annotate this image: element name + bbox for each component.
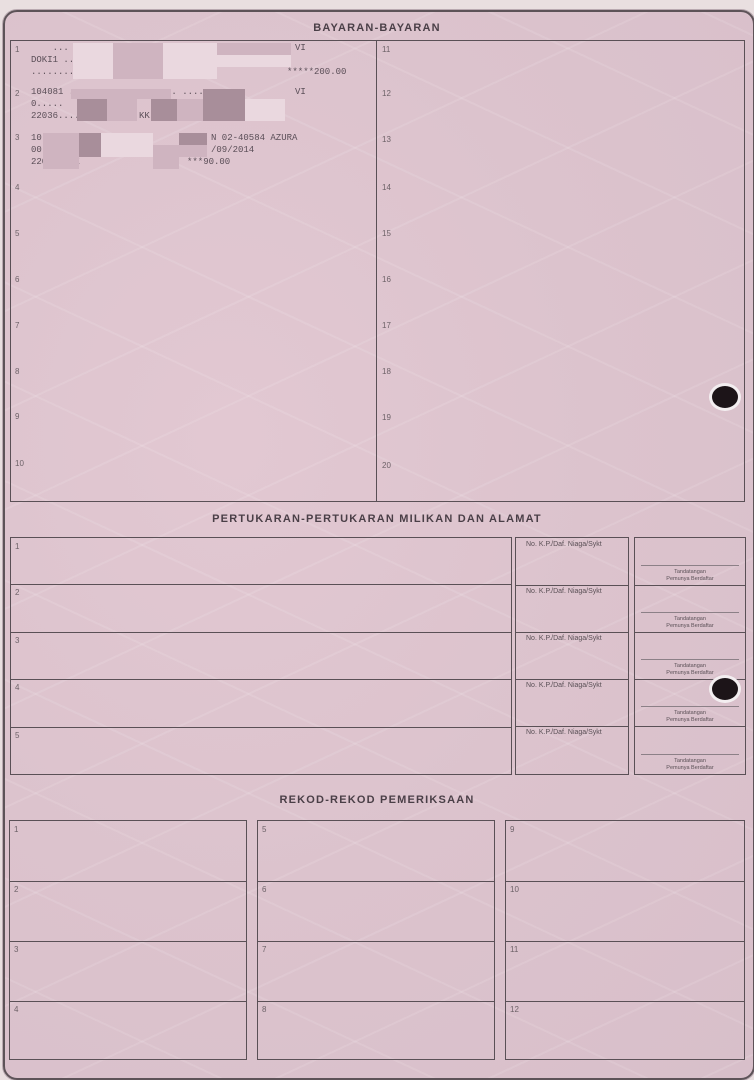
- id-field-2[interactable]: No. K.P./Daf. Niaga/Sykt: [516, 585, 628, 633]
- payment-entry-2-line-2: 0.....: [31, 99, 63, 110]
- row-divider: [11, 679, 511, 680]
- id-field-5[interactable]: No. K.P./Daf. Niaga/Sykt: [516, 726, 628, 774]
- inspection-slot-number: 5: [262, 825, 266, 834]
- signature-line: [641, 706, 739, 707]
- signature-label: Pemunya Berdaftar: [635, 765, 745, 772]
- redaction-block: [79, 133, 101, 157]
- signature-line: [641, 659, 739, 660]
- payments-title: BAYARAN-BAYARAN: [3, 22, 751, 34]
- payment-entry-3-reference: N 02-40584 AZURA: [211, 133, 297, 144]
- payment-entry-1-suffix: VI: [295, 43, 306, 54]
- signature-label: Pemunya Berdaftar: [635, 670, 745, 677]
- inspection-slot-number: 6: [262, 885, 266, 894]
- punch-hole: [712, 386, 738, 408]
- redaction-block: [179, 133, 207, 145]
- payment-slot-number: 10: [15, 459, 24, 468]
- redaction-block: [71, 89, 171, 99]
- row-divider: [11, 727, 511, 728]
- payment-entry-3-line-2: 00: [31, 145, 42, 156]
- signature-column: Tandatangan Pemunya Berdaftar Tandatanga…: [634, 537, 746, 775]
- row-divider: [506, 1001, 744, 1002]
- redaction-block: [153, 145, 179, 169]
- row-divider: [11, 584, 511, 585]
- id-field-label: No. K.P./Daf. Niaga/Sykt: [526, 541, 602, 548]
- id-field-label: No. K.P./Daf. Niaga/Sykt: [526, 682, 602, 689]
- payment-slot-number: 13: [382, 135, 391, 144]
- row-divider: [10, 881, 246, 882]
- payment-slot-number: 6: [15, 275, 19, 284]
- payment-slot-number: 11: [382, 45, 390, 54]
- inspection-slot-number: 12: [510, 1005, 519, 1014]
- inspection-slot-number: 10: [510, 885, 519, 894]
- signature-field-1[interactable]: Tandatangan Pemunya Berdaftar: [635, 538, 745, 586]
- payment-slot-number: 20: [382, 461, 391, 470]
- redaction-block: [179, 145, 207, 157]
- redaction-block: [107, 99, 137, 121]
- ownership-row-number: 5: [15, 731, 19, 740]
- payment-slot-number: 19: [382, 413, 391, 422]
- inspection-slot-number: 3: [14, 945, 18, 954]
- payment-slot-number: 8: [15, 367, 19, 376]
- payment-slot-number: 2: [15, 89, 19, 98]
- id-field-label: No. K.P./Daf. Niaga/Sykt: [526, 729, 602, 736]
- signature-field-5[interactable]: Tandatangan Pemunya Berdaftar: [635, 726, 745, 774]
- payment-entry-3-amount: ***90.00: [187, 157, 230, 168]
- id-field-1[interactable]: No. K.P./Daf. Niaga/Sykt: [516, 538, 628, 586]
- inspection-column-2: 5 6 7 8: [257, 820, 495, 1060]
- ownership-row-number: 2: [15, 588, 19, 597]
- payment-entry-3-line-1: 10: [31, 133, 42, 144]
- payment-slot-number: 14: [382, 183, 391, 192]
- id-field-3[interactable]: No. K.P./Daf. Niaga/Sykt: [516, 632, 628, 680]
- row-divider: [506, 941, 744, 942]
- payment-slot-number: 9: [15, 412, 19, 421]
- redaction-block: [245, 99, 285, 121]
- payments-right-box: 11 12 13 14 15 16 17 18 19 20: [376, 40, 745, 502]
- signature-label: Pemunya Berdaftar: [635, 717, 745, 724]
- inspection-slot-number: 11: [510, 945, 518, 954]
- ownership-row-number: 4: [15, 683, 19, 692]
- redaction-block: [113, 43, 163, 79]
- payment-slot-number: 16: [382, 275, 391, 284]
- payment-slot-number: 17: [382, 321, 391, 330]
- payment-slot-number: 4: [15, 183, 19, 192]
- id-field-4[interactable]: No. K.P./Daf. Niaga/Sykt: [516, 679, 628, 727]
- signature-label: Tandatangan: [635, 710, 745, 717]
- inspection-slot-number: 4: [14, 1005, 18, 1014]
- redaction-block: [101, 133, 153, 157]
- id-number-column: No. K.P./Daf. Niaga/Sykt No. K.P./Daf. N…: [515, 537, 629, 775]
- signature-label: Tandatangan: [635, 569, 745, 576]
- inspection-slot-number: 8: [262, 1005, 266, 1014]
- redaction-block: [217, 43, 291, 55]
- payment-entry-2-suffix: VI: [295, 87, 306, 98]
- row-divider: [506, 881, 744, 882]
- id-field-label: No. K.P./Daf. Niaga/Sykt: [526, 588, 602, 595]
- payment-entry-1-line-2: DOKI1 ..: [31, 55, 74, 66]
- inspection-title: REKOD-REKOD PEMERIKSAAN: [3, 794, 751, 806]
- inspection-column-3: 9 10 11 12: [505, 820, 745, 1060]
- row-divider: [258, 1001, 494, 1002]
- payment-slot-number: 5: [15, 229, 19, 238]
- signature-line: [641, 754, 739, 755]
- redaction-block: [151, 99, 177, 121]
- ownership-address-box: 1 2 3 4 5: [10, 537, 512, 775]
- inspection-slot-number: 2: [14, 885, 18, 894]
- signature-label: Pemunya Berdaftar: [635, 623, 745, 630]
- id-field-label: No. K.P./Daf. Niaga/Sykt: [526, 635, 602, 642]
- payment-slot-number: 15: [382, 229, 391, 238]
- payment-slot-number: 12: [382, 89, 391, 98]
- payments-left-box: 1 2 3 4 5 6 7 8 9 10 ... ........12 16:4…: [10, 40, 377, 502]
- payment-slot-number: 1: [15, 45, 19, 54]
- signature-line: [641, 565, 739, 566]
- signature-label: Pemunya Berdaftar: [635, 576, 745, 583]
- inspection-column-1: 1 2 3 4: [9, 820, 247, 1060]
- row-divider: [10, 941, 246, 942]
- payment-entry-1-amount: *****200.00: [287, 67, 346, 78]
- ownership-row-number: 3: [15, 636, 19, 645]
- redaction-block: [163, 43, 217, 79]
- row-divider: [258, 941, 494, 942]
- ownership-title: PERTUKARAN-PERTUKARAN MILIKAN DAN ALAMAT: [3, 513, 751, 525]
- row-divider: [11, 632, 511, 633]
- redaction-block: [43, 133, 79, 169]
- inspection-slot-number: 1: [14, 825, 18, 834]
- signature-line: [641, 612, 739, 613]
- payment-slot-number: 18: [382, 367, 391, 376]
- payment-slot-number: 7: [15, 321, 19, 330]
- signature-field-3[interactable]: Tandatangan Pemunya Berdaftar: [635, 632, 745, 680]
- row-divider: [10, 1001, 246, 1002]
- punch-hole: [712, 678, 738, 700]
- redaction-block: [73, 43, 113, 79]
- row-divider: [258, 881, 494, 882]
- signature-label: Tandatangan: [635, 663, 745, 670]
- signature-field-2[interactable]: Tandatangan Pemunya Berdaftar: [635, 585, 745, 633]
- ownership-row-number: 1: [15, 542, 19, 551]
- redaction-block: [203, 89, 245, 121]
- redaction-block: [217, 55, 291, 67]
- payment-entry-3-date: /09/2014: [211, 145, 254, 156]
- signature-label: Tandatangan: [635, 616, 745, 623]
- inspection-slot-number: 7: [262, 945, 266, 954]
- inspection-slot-number: 9: [510, 825, 514, 834]
- redaction-block: [77, 99, 107, 121]
- payment-slot-number: 3: [15, 133, 19, 142]
- signature-label: Tandatangan: [635, 758, 745, 765]
